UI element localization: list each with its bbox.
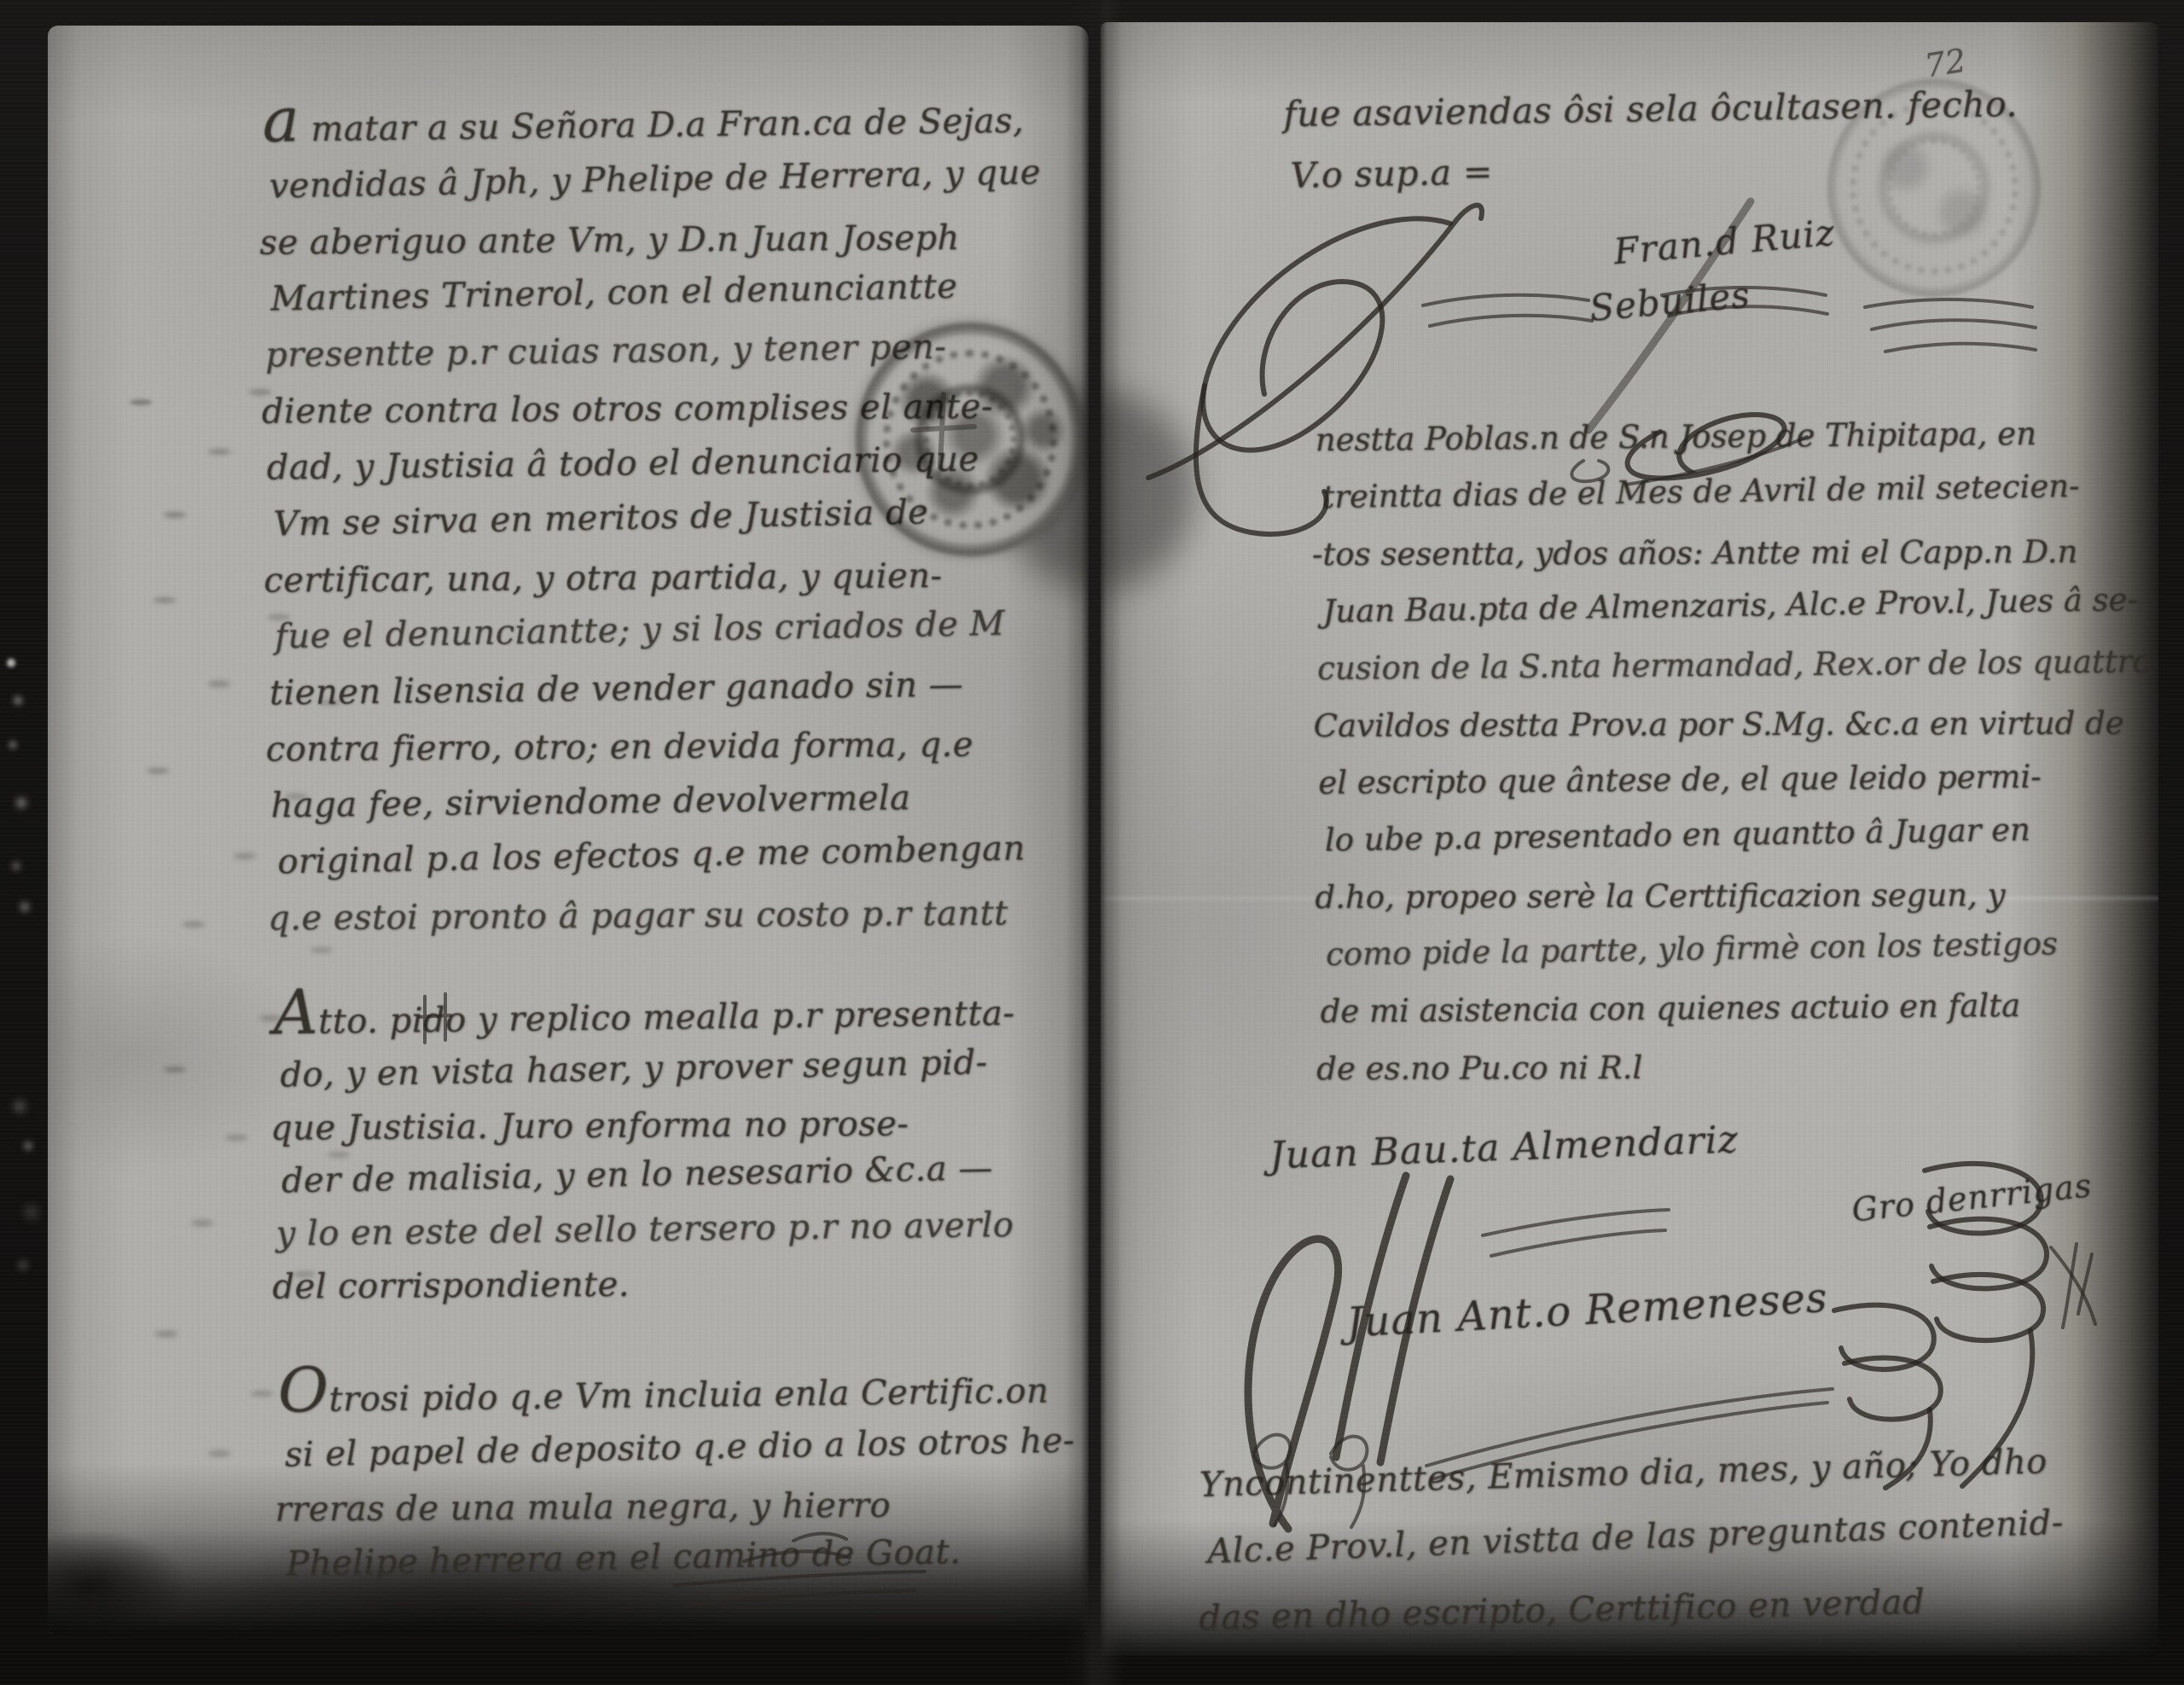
left-paragraph-3: Otrosi pido q.e Vm incluia enla Certific…: [277, 1353, 1070, 1591]
manuscript-line: cusion de la S.nta hermandad, Rex.or de …: [1317, 633, 2152, 698]
left-paragraph-2: Atto. pido y replico mealla p.r presentt…: [273, 976, 1067, 1313]
manuscript-line: q.e estoi pronto â pagar su costo p.r ta…: [268, 885, 1059, 946]
manuscript-line: como pide la partte, ylo firmè con los t…: [1326, 914, 2160, 983]
page-number: 72: [1922, 41, 1969, 84]
film-edge-specks: [7, 659, 15, 667]
left-page-text: a matar a su Señora D.a Fran.ca de Sejas…: [262, 82, 1071, 1591]
right-page-closing: Yncontinenttes, Emismo dia, mes, y año; …: [1199, 1428, 2060, 1652]
manuscript-line: de es.no Pu.co ni R.l: [1316, 1037, 2151, 1097]
manuscript-line: de mi asistencia con quienes actuio en f…: [1320, 976, 2154, 1041]
manuscript-line: tienen lisensia de vender ganado sin —: [270, 655, 1060, 721]
left-page: a matar a su Señora D.a Fran.ca de Sejas…: [48, 26, 1089, 1634]
manuscript-line: del corrispondiente.: [272, 1255, 1063, 1313]
book-gutter-shadow: [1065, 0, 1123, 1685]
manuscript-line: treintta dias de el Mes de Avril de mil …: [1321, 456, 2156, 526]
manuscript-line: Juan Bau.pta de Almenzaris, Alc.e Prov.l…: [1322, 571, 2157, 640]
signature-juan-antonio: Juan Ant.o Remeneses: [1345, 1274, 1829, 1346]
manuscript-line: Cavildos destta Prov.a por S.Mg. &c.a en…: [1314, 694, 2148, 754]
inked-circular-seal-icon: [856, 322, 1084, 556]
faint-circular-stamp-icon: [1827, 78, 2041, 297]
ink-bleed-specks: [130, 399, 152, 405]
signature-francisco-ruiz: Fran.d Ruiz Sebuiles: [1612, 206, 1842, 334]
signature-juan-bautista-almendariz: Juan Bau.ta Almendariz: [1269, 1118, 1739, 1177]
manuscript-line: contra fierro, otro; en devida forma, q.…: [265, 716, 1056, 777]
manuscript-photograph: a matar a su Señora D.a Fran.ca de Sejas…: [0, 0, 2184, 1685]
manuscript-line: lo ube p.a presentado en quantto â Jugar…: [1324, 799, 2158, 869]
manuscript-line: y lo en este del sello tersero p.r no av…: [276, 1198, 1066, 1260]
right-page-body: nestta Poblas.n de S.n Josep de Thipitap…: [1316, 404, 2155, 1097]
signature-witness-right: Gro denrrigas: [1850, 1166, 2094, 1229]
